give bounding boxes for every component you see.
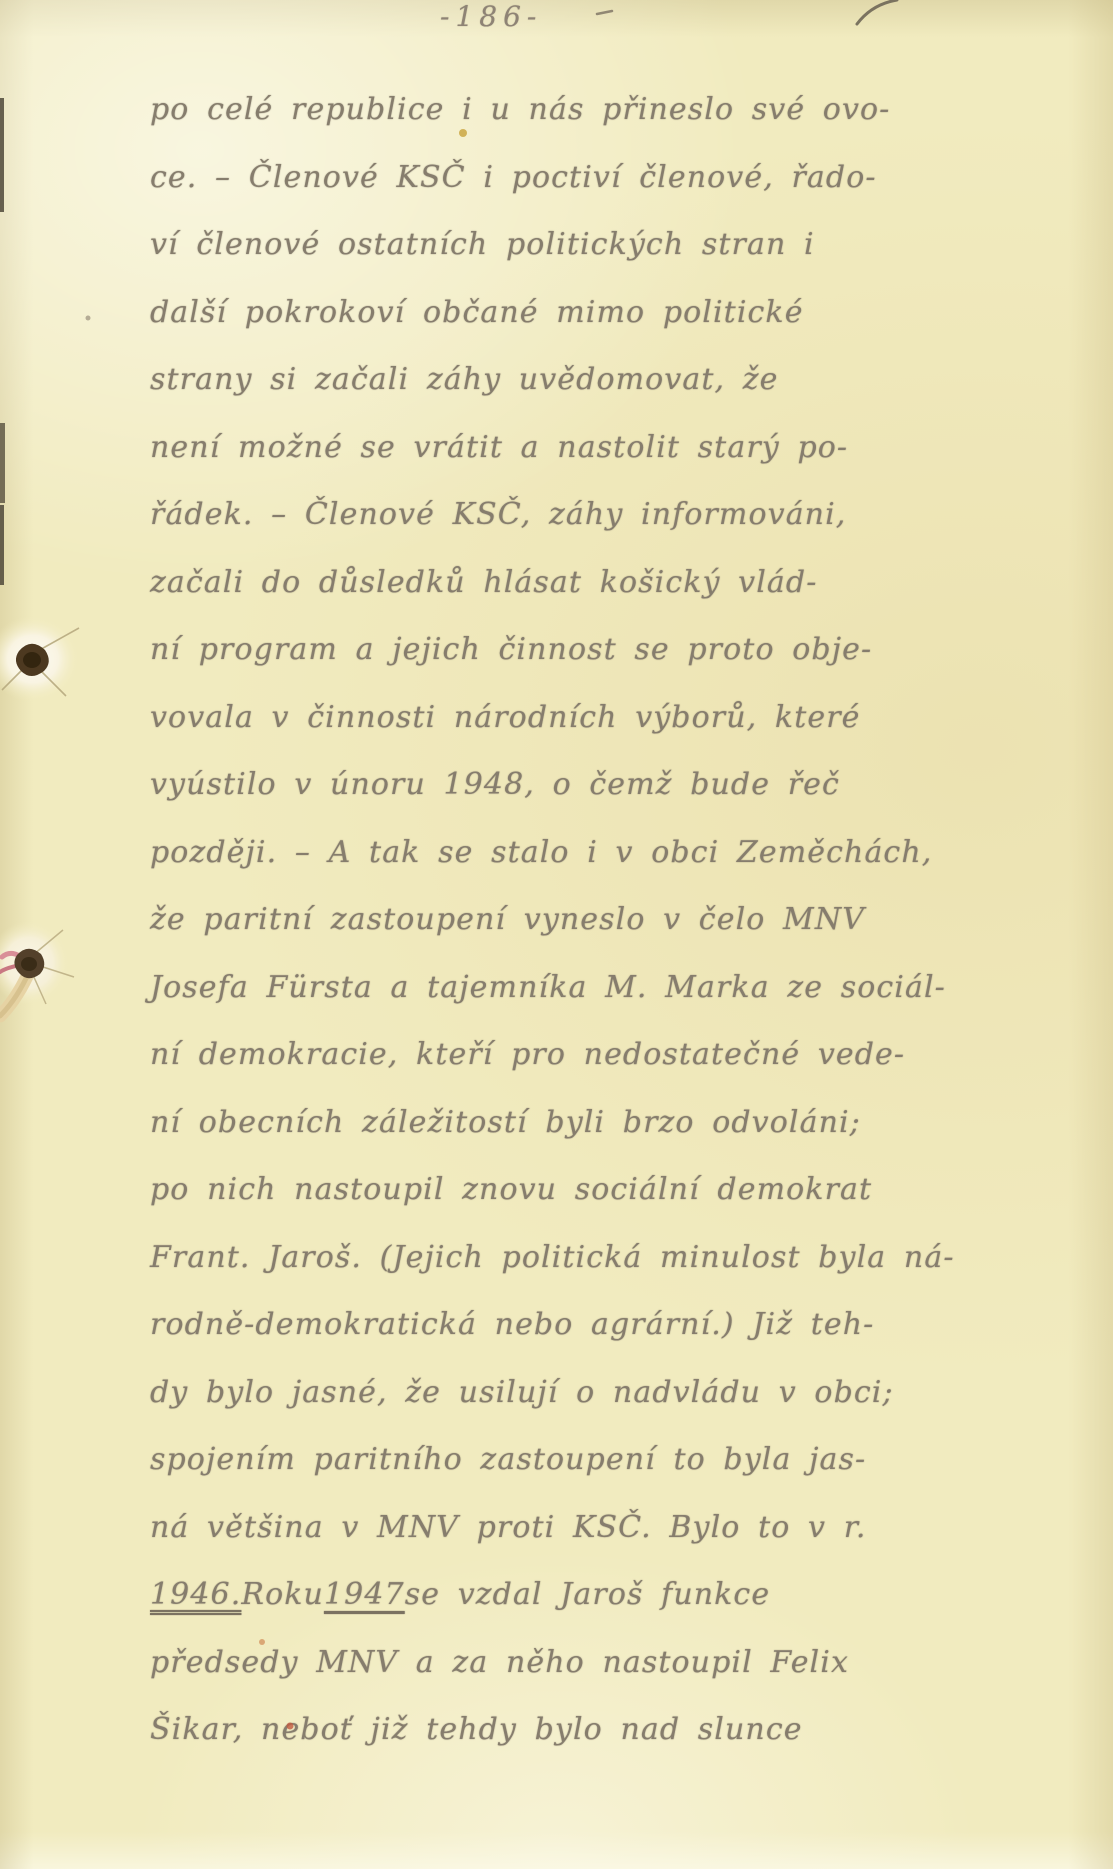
text-line: ní demokracie, kteří pro nedostatečné ve… xyxy=(150,1021,1055,1089)
underlined-year: 1947 xyxy=(324,1577,405,1612)
text-segment: předsedy MNV a za něho nastoupil Felix xyxy=(150,1645,849,1680)
text-line: 1946. Roku 1947 se vzdal Jaroš funkce xyxy=(150,1561,1055,1629)
text-segment: vovala v činnosti národních výborů, kter… xyxy=(150,700,861,735)
text-line: spojením paritního zastoupení to byla ja… xyxy=(150,1426,1055,1494)
punch-hole-bottom-halo xyxy=(0,921,69,1005)
text-line: strany si začali záhy uvědomovat, že xyxy=(150,346,1055,414)
text-line: předsedy MNV a za něho nastoupil Felix xyxy=(150,1629,1055,1697)
text-line: Frant. Jaroš. (Jejich politická minulost… xyxy=(150,1224,1055,1292)
text-line: později. – A tak se stalo i v obci Zeměc… xyxy=(150,819,1055,887)
text-line: vyústilo v únoru 1948, o čemž bude řeč xyxy=(150,751,1055,819)
text-line: ná většina v MNV proti KSČ. Bylo to v r. xyxy=(150,1494,1055,1562)
edge-artifact xyxy=(0,423,5,503)
text-segment: po celé republice i u nás přineslo své o… xyxy=(150,92,890,127)
text-line: další pokrokoví občané mimo politické xyxy=(150,279,1055,347)
text-segment: se vzdal Jaroš funkce xyxy=(405,1577,771,1612)
text-line: Josefa Fürsta a tajemníka M. Marka ze so… xyxy=(150,954,1055,1022)
text-segment: ná většina v MNV proti KSČ. Bylo to v r. xyxy=(150,1510,867,1545)
text-segment: Frant. Jaroš. (Jejich politická minulost… xyxy=(150,1240,955,1275)
text-line: řádek. – Členové KSČ, záhy informováni, xyxy=(150,481,1055,549)
lace-through-hole xyxy=(0,970,30,1016)
text-segment: dy bylo jasné, že usilují o nadvládu v o… xyxy=(150,1375,894,1410)
paper-speck xyxy=(86,316,91,321)
handwritten-text-block: po celé republice i u nás přineslo své o… xyxy=(150,76,1055,1764)
page-number: -186- xyxy=(440,0,542,33)
text-segment: ní obecních záležitostí byli brzo odvolá… xyxy=(150,1105,861,1140)
text-line: vovala v činnosti národních výborů, kter… xyxy=(150,684,1055,752)
text-line: začali do důsledků hlásat košický vlád- xyxy=(150,549,1055,617)
text-segment: strany si začali záhy uvědomovat, že xyxy=(150,362,779,397)
text-line: Šikar, neboť již tehdy bylo nad slunce xyxy=(150,1696,1055,1764)
text-segment: později. – A tak se stalo i v obci Zeměc… xyxy=(150,835,932,870)
text-segment: ví členové ostatních politických stran i xyxy=(150,227,815,262)
text-segment: vyústilo v únoru 1948, o čemž bude řeč xyxy=(150,767,840,802)
text-line: ní obecních záležitostí byli brzo odvolá… xyxy=(150,1089,1055,1157)
punch-hole-bottom-cracks xyxy=(33,930,74,1004)
text-segment: další pokrokoví občané mimo politické xyxy=(150,295,804,330)
manuscript-page: -186- po celé republice i u nás přineslo… xyxy=(0,0,1113,1869)
text-segment: začali do důsledků hlásat košický vlád- xyxy=(150,565,817,600)
lace-through-hole-shade xyxy=(0,970,30,1016)
text-line: rodně-demokratická nebo agrární.) Již te… xyxy=(150,1291,1055,1359)
text-segment: spojením paritního zastoupení to byla ja… xyxy=(150,1442,866,1477)
text-line: po celé republice i u nás přineslo své o… xyxy=(150,76,1055,144)
text-line: není možné se vrátit a nastolit starý po… xyxy=(150,414,1055,482)
punch-hole-bottom-core xyxy=(21,957,37,971)
pink-thread-marks xyxy=(0,953,23,972)
text-segment: po nich nastoupil znovu sociální demokra… xyxy=(150,1172,872,1207)
punch-hole-top-cracks xyxy=(2,628,79,696)
text-segment: řádek. – Členové KSČ, záhy informováni, xyxy=(150,497,846,532)
text-line: ní program a jejich činnost se proto obj… xyxy=(150,616,1055,684)
punch-hole-top-core xyxy=(23,652,41,668)
text-segment: rodně-demokratická nebo agrární.) Již te… xyxy=(150,1307,874,1342)
punch-hole-top-center xyxy=(16,644,49,676)
punch-hole-bottom-center xyxy=(14,949,44,979)
edge-artifact xyxy=(0,505,4,585)
text-line: dy bylo jasné, že usilují o nadvládu v o… xyxy=(150,1359,1055,1427)
text-segment: ní demokracie, kteří pro nedostatečné ve… xyxy=(150,1037,905,1072)
underlined-year: 1946. xyxy=(150,1577,241,1612)
text-segment: Šikar, neboť již tehdy bylo nad slunce xyxy=(150,1712,803,1747)
text-line: ví členové ostatních politických stran i xyxy=(150,211,1055,279)
text-line: po nich nastoupil znovu sociální demokra… xyxy=(150,1156,1055,1224)
text-segment: Roku xyxy=(241,1577,324,1612)
text-segment: ce. – Členové KSČ i poctiví členové, řad… xyxy=(150,160,877,195)
text-segment: není možné se vrátit a nastolit starý po… xyxy=(150,430,848,465)
text-segment: Josefa Fürsta a tajemníka M. Marka ze so… xyxy=(150,970,946,1005)
punch-hole-top-halo xyxy=(0,616,79,702)
text-line: ce. – Členové KSČ i poctiví členové, řad… xyxy=(150,144,1055,212)
edge-artifact xyxy=(0,98,4,212)
text-segment: že paritní zastoupení vyneslo v čelo MNV xyxy=(150,902,865,937)
pen-stroke-mark xyxy=(857,0,897,24)
text-line: že paritní zastoupení vyneslo v čelo MNV xyxy=(150,886,1055,954)
pencil-dash-mark xyxy=(597,11,612,14)
text-segment: ní program a jejich činnost se proto obj… xyxy=(150,632,872,667)
